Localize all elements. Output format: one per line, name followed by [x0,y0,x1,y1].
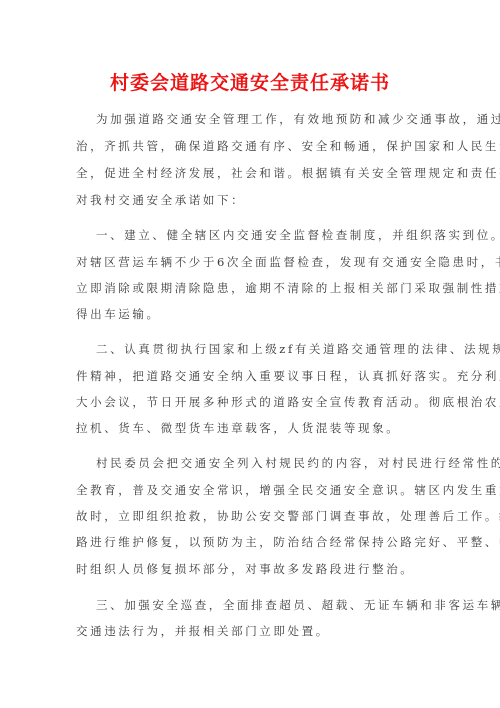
text-line: 立即消除或限期清除隐患，逾期不清除的上报相关部门采取强制性措施责令不 [76,281,500,295]
text-line: 全，促进全村经济发展，社会和谐。根据镇有关安全管理规定和责任要求，现 [76,166,500,180]
text-line: 路进行维护修复，以预防为主，防治结合经常保持公路完好、平整、畅通，及 [76,535,500,549]
text-line: 故时，立即组织抢救，协助公安交警部门调查事故，处理善后工作。经常对公 [76,509,500,523]
text-line: 三、加强安全巡查，全面排查超员、超载、无证车辆和非客运车辆载客等 [96,598,500,612]
text-line: 对辖区营运车辆不少于6次全面监督检查，发现有交通安全隐患时，书面责令 [76,255,500,269]
text-line: 件精神，把道路交通安全纳入重要议事日程，认真抓好落实。充分利用广播和 [76,369,500,383]
text-line: 治，齐抓共管，确保道路交通有序、安全和畅通，保护国家和人民生命财产安 [76,139,500,153]
text-line: 时组织人员修复损坏部分，对事故多发路段进行整治。 [76,562,414,576]
document-title: 村委会道路交通安全责任承诺书 [0,68,500,95]
text-line: 对我村交通安全承诺如下： [76,193,245,207]
text-line: 村民委员会把交通安全列入村规民约的内容，对村民进行经常性的交通安 [96,456,500,470]
text-line: 大小会议，节日开展多种形式的道路安全宣传教育活动。彻底根治农用车、拖 [76,395,500,409]
text-line: 拉机、货车、微型货车违章载客，人货混装等现象。 [76,421,400,435]
text-line: 二、认真贯彻执行国家和上级zf有关道路交通管理的法律、法规规章和文 [96,342,500,356]
text-line: 为加强道路交通安全管理工作，有效地预防和减少交通事故，通过群防群 [96,112,500,126]
text-line: 一、建立、健全辖区内交通安全监督检查制度，并组织落实到位。年度内 [96,228,500,242]
text-line: 交通违法行为，并报相关部门立即处置。 [76,624,330,638]
text-line: 全教育，普及交通安全常识，增强全民交通安全意识。辖区内发生重大交通事 [76,483,500,497]
text-line: 得出车运输。 [76,307,161,321]
